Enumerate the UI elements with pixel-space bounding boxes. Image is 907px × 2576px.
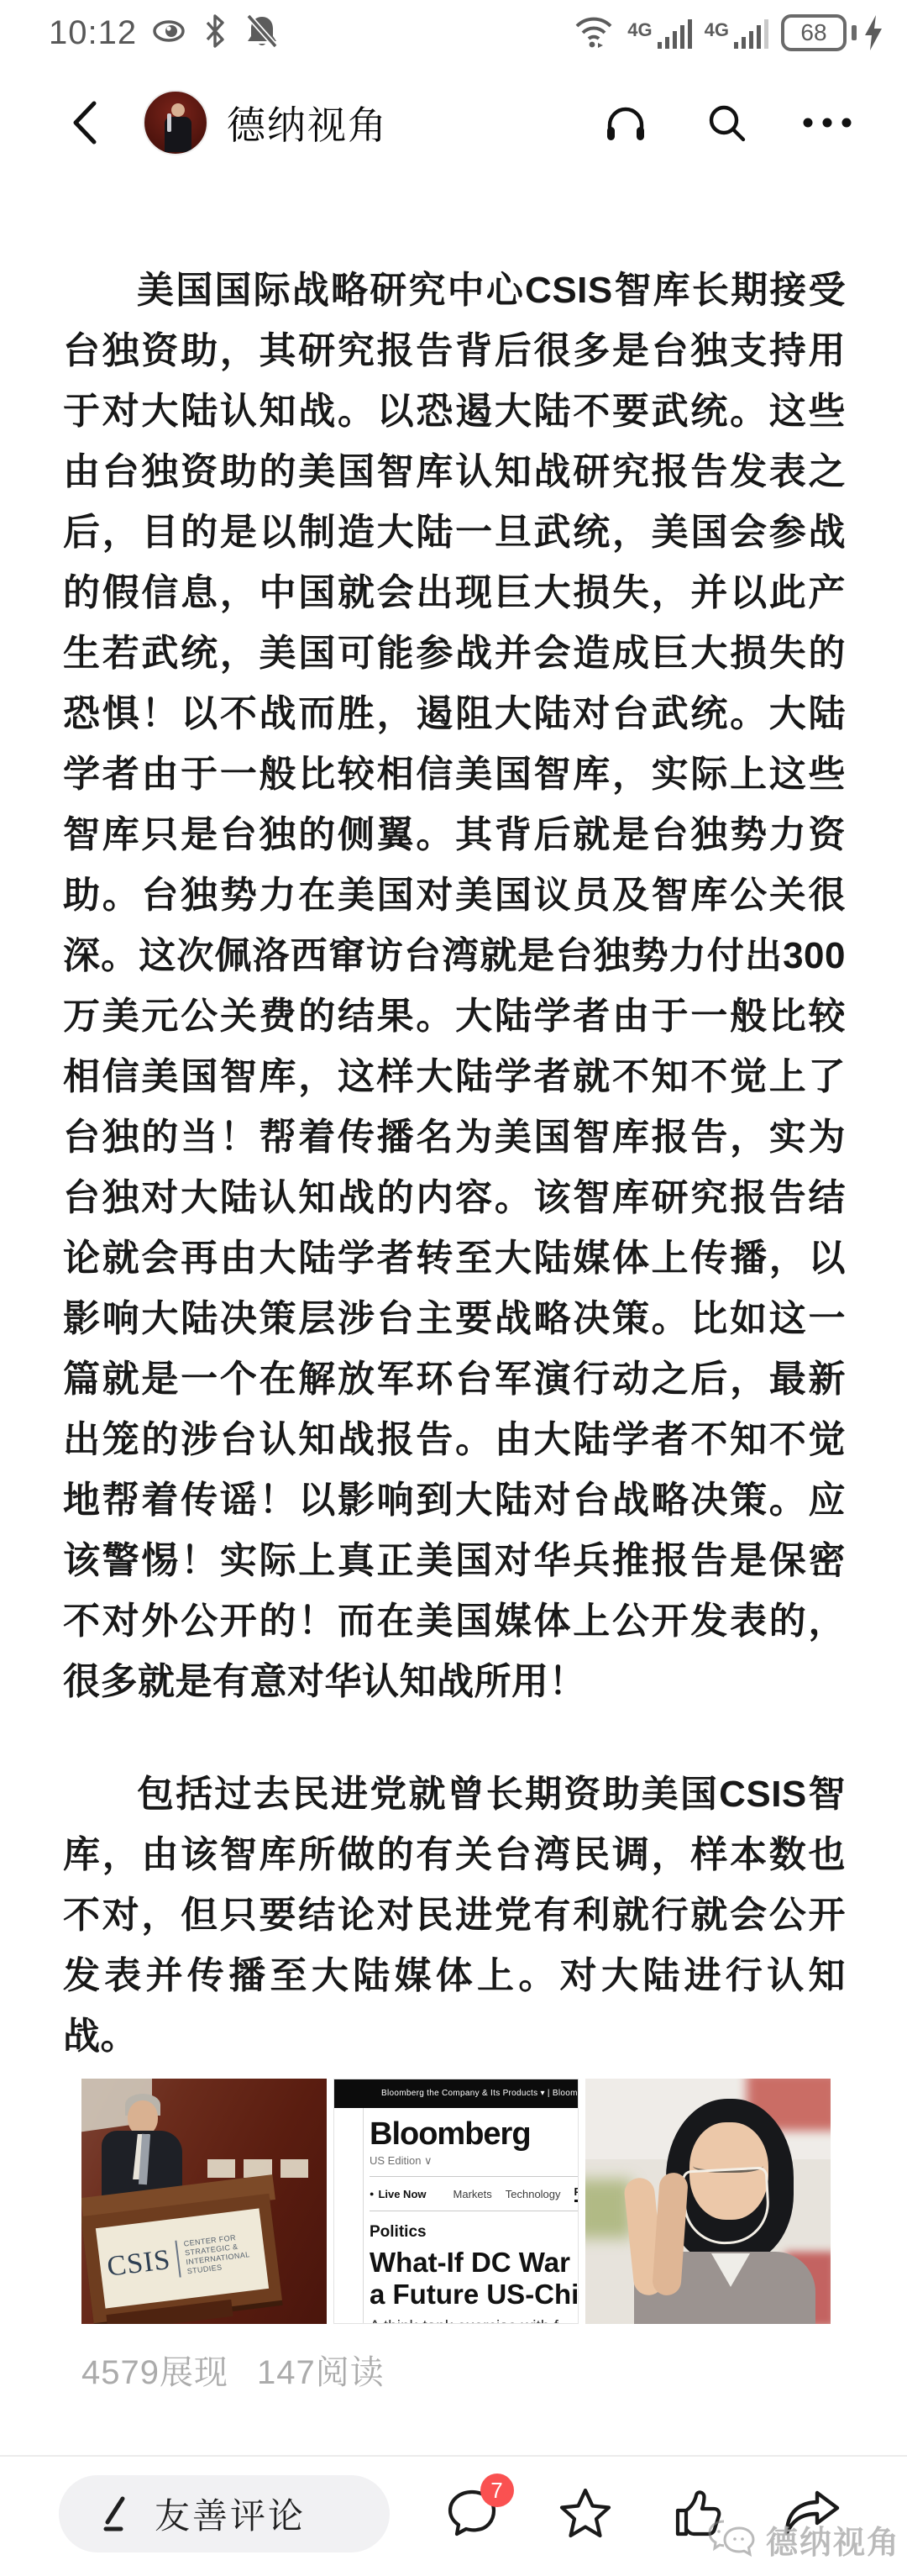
more-options-button[interactable] xyxy=(801,97,853,149)
sim2-signal: 4G xyxy=(705,14,769,51)
pencil-icon xyxy=(99,2494,133,2534)
sim2-signal-bars xyxy=(732,14,769,51)
star-icon xyxy=(556,2484,615,2543)
channel-avatar[interactable] xyxy=(143,90,208,155)
shelf-frames xyxy=(207,2159,308,2178)
article-body: 美国国际战略研究中心CSIS智库长期接受台独资助，其研究报告背后很多是台独支持用… xyxy=(63,260,846,2067)
search-button[interactable] xyxy=(700,97,752,149)
status-bar: 10:12 4G 4G 68 xyxy=(0,0,907,60)
article-header: 德纳视角 xyxy=(0,60,907,185)
thumbs-up-icon xyxy=(670,2485,727,2542)
comment-count-badge: 7 xyxy=(480,2473,514,2507)
image-csis-podium[interactable]: CSIS CENTER FOR STRATEGIC & INTERNATIONA… xyxy=(81,2079,327,2324)
bottom-action-bar: 友善评论 7 xyxy=(0,2455,907,2576)
bloomberg-top-bar: Bloomberg the Company & Its Products ▾ |… xyxy=(334,2079,578,2108)
app-screen: 10:12 4G 4G 68 xyxy=(0,0,907,2576)
battery-indicator: 68 xyxy=(781,13,885,52)
listen-audio-button[interactable] xyxy=(600,97,652,149)
action-icons: 7 xyxy=(390,2484,868,2544)
impressions-count: 4579展现 xyxy=(81,2346,228,2394)
article-image-row: CSIS CENTER FOR STRATEGIC & INTERNATIONA… xyxy=(81,2079,831,2324)
sim2-network-label: 4G xyxy=(705,19,729,41)
reads-count: 147阅读 xyxy=(257,2346,385,2394)
clock: 10:12 xyxy=(49,14,137,52)
bloomberg-edition: US Edition ∨ xyxy=(370,2154,578,2168)
article-stats: 4579展现 147阅读 xyxy=(81,2346,385,2394)
bloomberg-nav: Live Now Markets Technology Politic xyxy=(370,2176,578,2211)
comment-placeholder: 友善评论 xyxy=(155,2489,306,2539)
channel-name[interactable]: 德纳视角 xyxy=(227,95,388,150)
wifi-icon xyxy=(572,13,616,54)
eye-protection-icon xyxy=(150,13,187,54)
sim1-signal-bars xyxy=(656,14,693,51)
csis-sign-divider xyxy=(175,2241,181,2278)
like-button[interactable] xyxy=(668,2484,729,2544)
bloomberg-headline-line2: a Future US-Chi xyxy=(370,2279,578,2311)
bloomberg-section-label: Politics xyxy=(370,2223,578,2242)
bloomberg-subhead: A think-tank exercise with f xyxy=(370,2318,578,2324)
bloomberg-headline-line1: What-If DC War xyxy=(370,2247,578,2279)
csis-org-name: CENTER FOR STRATEGIC & INTERNATIONAL STU… xyxy=(183,2231,260,2276)
bloomberg-left-rule xyxy=(363,2108,364,2324)
share-arrow-icon xyxy=(782,2486,842,2542)
share-button[interactable] xyxy=(782,2484,842,2544)
paragraph-1: 美国国际战略研究中心CSIS智库长期接受台独资助，其研究报告背后很多是台独支持用… xyxy=(63,260,846,1712)
battery-nub xyxy=(852,25,857,40)
favorite-button[interactable] xyxy=(555,2484,616,2544)
nav-technology: Technology xyxy=(506,2188,561,2200)
notifications-muted-icon xyxy=(243,12,281,55)
bloomberg-page: Bloomberg US Edition ∨ Live Now Markets … xyxy=(334,2108,578,2324)
csis-logo-text: CSIS xyxy=(105,2244,172,2284)
bluetooth-icon xyxy=(201,12,229,55)
status-right: 4G 4G 68 xyxy=(572,13,885,54)
avatar-figure-head xyxy=(171,103,185,117)
sim1-signal: 4G xyxy=(627,14,692,51)
back-button[interactable] xyxy=(71,97,114,148)
comment-input[interactable]: 友善评论 xyxy=(59,2475,390,2552)
battery-level: 68 xyxy=(781,14,847,51)
avatar-figure-mic xyxy=(167,113,171,132)
nav-live-now: Live Now xyxy=(370,2188,427,2200)
sim1-network-label: 4G xyxy=(627,19,652,41)
image-bloomberg-article[interactable]: Bloomberg the Company & Its Products ▾ |… xyxy=(333,2079,579,2324)
paragraph-2: 包括过去民进党就曾长期资助美国CSIS智库，由该智库所做的有关台湾民调，样本数也… xyxy=(63,1764,846,2067)
nav-markets: Markets xyxy=(453,2188,492,2200)
bloomberg-logo: Bloomberg xyxy=(370,2116,578,2153)
nav-politics: Politic xyxy=(574,2185,579,2202)
status-left: 10:12 xyxy=(49,12,281,55)
charging-bolt-icon xyxy=(862,13,885,52)
image-woman-praying[interactable] xyxy=(585,2079,831,2324)
comments-button[interactable]: 7 xyxy=(442,2484,502,2544)
